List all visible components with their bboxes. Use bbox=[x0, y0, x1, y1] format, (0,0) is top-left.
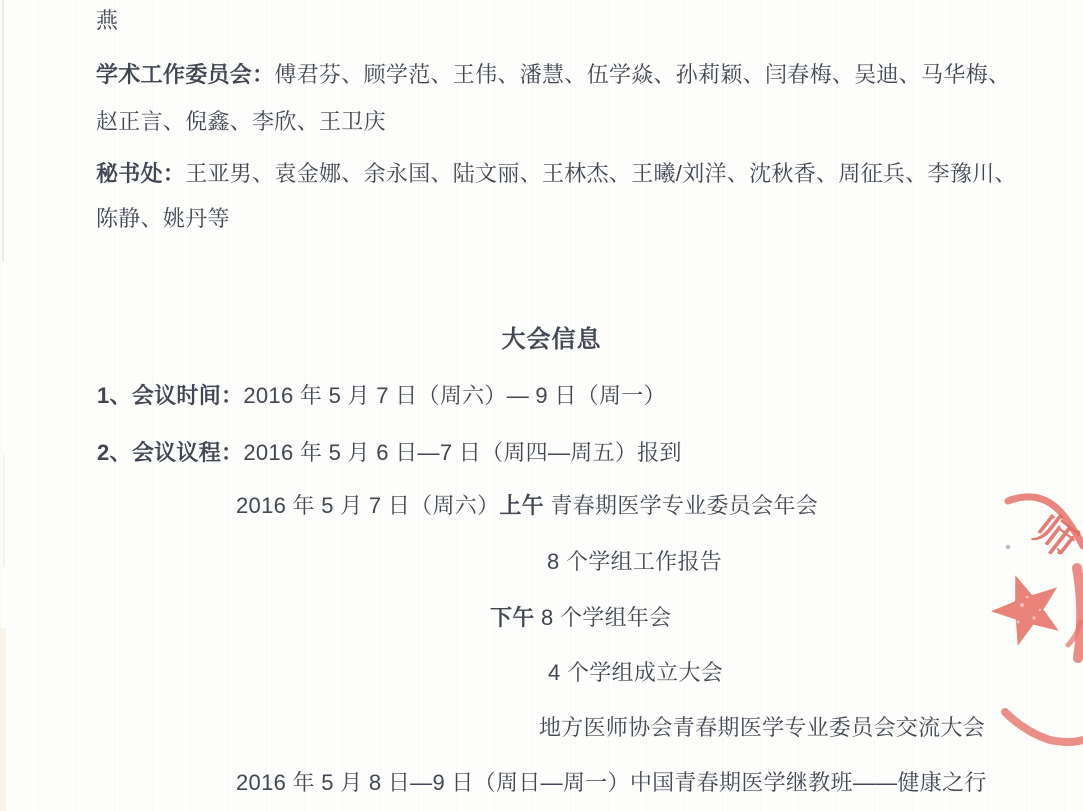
secretariat-line1: 秘书处：王亚男、袁金娜、余永国、陆文丽、王林杰、王曦/刘洋、沈秋香、周征兵、李豫… bbox=[96, 161, 1017, 187]
seal-bottom-arc bbox=[1005, 712, 1083, 742]
schedule-afternoon-label: 下午 bbox=[490, 605, 535, 630]
scan-edge-streak bbox=[0, 628, 6, 811]
meeting-agenda-line: 2、会议议程：2016 年 5 月 6 日—7 日（周四—周五）报到 bbox=[97, 440, 682, 466]
schedule-afternoon-line: 下午 8 个学组年会 bbox=[490, 605, 671, 631]
scan-edge-line-middle bbox=[3, 455, 5, 567]
secretariat-names1: 王亚男、袁金娜、余永国、陆文丽、王林杰、王曦/刘洋、沈秋香、周征兵、李豫川、 bbox=[185, 161, 1017, 186]
secretariat-label: 秘书处： bbox=[96, 161, 185, 186]
academic-committee-names1: 傅君芬、顾学范、王伟、潘慧、伍学焱、孙莉颖、闫春梅、吴迪、马华梅、 bbox=[274, 62, 1010, 87]
scan-edge-line-top bbox=[2, 0, 4, 262]
schedule-day2-line: 2016 年 5 月 8 日—9 日（周日—周一）中国青春期医学继教班——健康之… bbox=[236, 770, 987, 796]
schedule-day1-morning-line: 2016 年 5 月 7 日（周六）上午 青春期医学专业委员会年会 bbox=[236, 493, 818, 519]
academic-committee-line1: 学术工作委员会：傅君芬、顾学范、王伟、潘慧、伍学焱、孙莉颖、闫春梅、吴迪、马华梅… bbox=[96, 62, 1010, 88]
schedule-afternoon-event: 8 个学组年会 bbox=[535, 605, 672, 630]
secretariat-names2: 陈静、姚丹等 bbox=[96, 206, 230, 232]
conference-info-title: 大会信息 bbox=[10, 327, 1083, 353]
carryover-name-char: 燕 bbox=[96, 8, 118, 34]
meeting-time-line: 1、会议时间：2016 年 5 月 7 日（周六）— 9 日（周一） bbox=[97, 383, 666, 409]
meeting-agenda-value: 2016 年 5 月 6 日—7 日（周四—周五）报到 bbox=[243, 440, 681, 465]
schedule-morning-event: 青春期医学专业委员会年会 bbox=[544, 493, 818, 518]
seal-character: 师 bbox=[1026, 507, 1083, 566]
schedule-morning-detail: 8 个学组工作报告 bbox=[547, 549, 722, 575]
meeting-time-value: 2016 年 5 月 7 日（周六）— 9 日（周一） bbox=[243, 383, 666, 408]
academic-committee-label: 学术工作委员会： bbox=[96, 62, 274, 87]
meeting-agenda-label: 2、会议议程： bbox=[97, 440, 243, 465]
schedule-afternoon-detail1: 4 个学组成立大会 bbox=[548, 660, 723, 686]
schedule-morning-label: 上午 bbox=[499, 493, 544, 518]
seal-star-icon bbox=[991, 575, 1059, 645]
seal-edge-stroke-fragment bbox=[1077, 568, 1081, 658]
schedule-afternoon-detail2: 地方医师协会青春期医学专业委员会交流大会 bbox=[539, 715, 985, 741]
schedule-day1-date: 2016 年 5 月 7 日（周六） bbox=[236, 493, 499, 518]
red-official-seal: 师 bbox=[930, 470, 1083, 780]
meeting-time-label: 1、会议时间： bbox=[97, 383, 243, 408]
academic-committee-names2: 赵正言、倪鑫、李欣、王卫庆 bbox=[96, 109, 386, 135]
scanned-document-page: { "palette": { "paper": "#fdfdfb", "ink"… bbox=[0, 0, 1083, 811]
ink-speck bbox=[1006, 545, 1011, 550]
